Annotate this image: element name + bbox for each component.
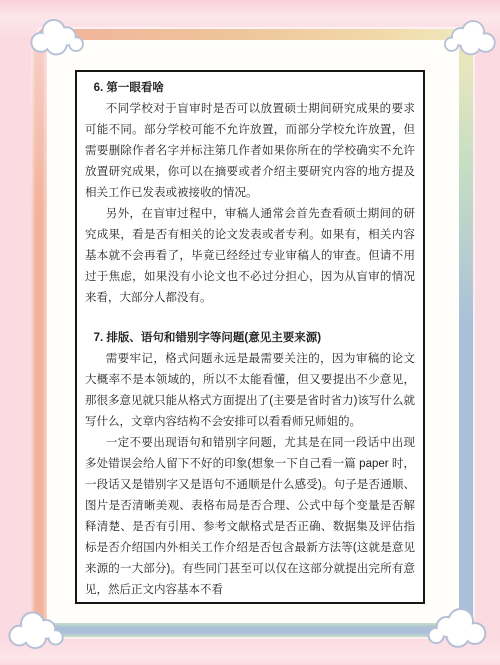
cloud-icon-bottom-right: [423, 602, 489, 650]
paragraph: 不同学校对于盲审时是否可以放置硕士期间研究成果的要求可能不同。部分学校可能不允许…: [85, 99, 415, 204]
section-heading: 7. 排版、语句和错别字等问题(意见主要来源): [85, 328, 415, 349]
paragraph: 一定不要出现语句和错别字问题，尤其是在同一段话中出现多处错误会给人留下不好的印象…: [85, 433, 415, 601]
frame-right-bar: [459, 36, 473, 626]
frame-bottom-bar: [38, 623, 462, 637]
cloud-icon-top-right: [440, 15, 498, 57]
note-page: 6. 第一眼看啥不同学校对于盲审时是否可以放置硕士期间研究成果的要求可能不同。部…: [0, 0, 500, 665]
paragraph: 另外，在盲审过程中，审稿人通常会首先查看硕士期间的研究成果，看是否有相关的论文发…: [85, 204, 415, 309]
document-content: 6. 第一眼看啥不同学校对于盲审时是否可以放置硕士期间研究成果的要求可能不同。部…: [85, 78, 415, 601]
paragraph: 需要牢记，格式问题永远是最需要关注的，因为审稿的论文大概率不是本领域的，所以不太…: [85, 349, 415, 433]
document-section-2: 7. 排版、语句和错别字等问题(意见主要来源)需要牢记，格式问题永远是最需要关注…: [85, 328, 415, 601]
cloud-icon-bottom-left: [6, 606, 68, 651]
frame-top-bar: [38, 29, 462, 40]
section-heading: 6. 第一眼看啥: [85, 78, 415, 99]
document-box: 6. 第一眼看啥不同学校对于盲审时是否可以放置硕士期间研究成果的要求可能不同。部…: [75, 70, 425, 604]
frame-left-bar: [31, 36, 47, 626]
document-section-1: 6. 第一眼看啥不同学校对于盲审时是否可以放置硕士期间研究成果的要求可能不同。部…: [85, 78, 415, 309]
cloud-icon-top-left: [28, 14, 88, 57]
